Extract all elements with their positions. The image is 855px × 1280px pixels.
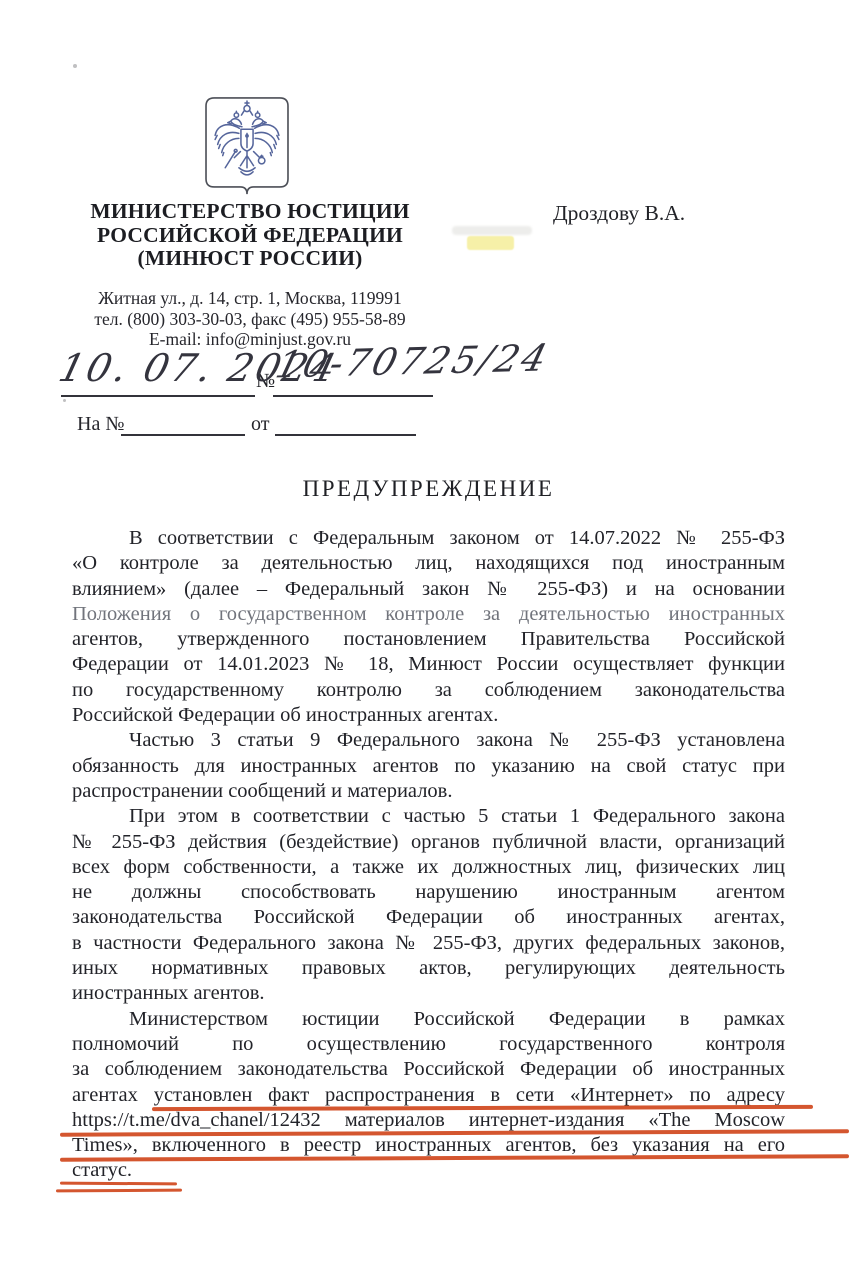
body-line: «О контроле за деятельностью лиц, находя… [72,551,785,576]
line-text: Положения о государственном контроле за … [72,603,785,625]
reply-date-blank [275,434,416,436]
body-line: При этом в соответствии с частью 5 стать… [72,804,785,829]
body-line: В соответствии с Федеральным законом от … [72,526,785,551]
date-underline [61,395,255,397]
reply-date-label: от [251,413,269,436]
body-line: Times», включенного в реестр иностранных… [72,1133,785,1158]
line-text: за соблюдением законодательства Российск… [72,1058,785,1080]
line-text: https://t.me/dva_chanel/12432 материалов… [72,1109,785,1131]
line-text: агентов, утвержденного постановлением Пр… [72,628,785,650]
line-text: агентах [72,1084,138,1106]
line-text: При этом в соответствии с частью 5 стать… [129,805,785,827]
document-page: МИНИСТЕРСТВО ЮСТИЦИИ РОССИЙСКОЙ ФЕДЕРАЦИ… [0,0,855,1280]
yellow-highlight-mark [467,236,514,250]
line-text: иных нормативных правовых актов, регулир… [72,957,785,979]
body-line: агентах установлен факт распространения … [72,1083,785,1108]
body-line: иностранных агентов. [72,981,785,1006]
reply-number-blank [121,434,245,436]
line-text: всех форм собственности, а также их долж… [72,856,785,878]
recipient-name: Дроздову В.А. [553,201,685,226]
scan-speck [73,64,77,68]
body-line: статус. [72,1158,785,1183]
body-line: Федерации от 14.01.2023 № 18, Минюст Рос… [72,652,785,677]
line-text: Министерством юстиции Российской Федерац… [129,1008,785,1030]
org-name-line: МИНИСТЕРСТВО ЮСТИЦИИ [75,200,425,224]
body-line: законодательства Российской Федерации об… [72,905,785,930]
address-line: Житная ул., д. 14, стр. 1, Москва, 11999… [75,288,425,309]
line-text: распространении сообщений и материалов. [72,780,452,802]
smudge-mark [452,226,532,235]
body-line: иных нормативных правовых актов, регулир… [72,956,785,981]
address-line: тел. (800) 303-30-03, факс (495) 955-58-… [75,309,425,330]
line-text: в частности Федерального закона № 255-ФЗ… [72,932,785,954]
body-line: обязанность для иностранных агентов по у… [72,754,785,779]
line-text: не должны способствовать нарушению иност… [72,881,785,903]
org-name-line: РОССИЙСКОЙ ФЕДЕРАЦИИ [75,224,425,248]
line-text: Федерации от 14.01.2023 № 18, Минюст Рос… [72,653,785,675]
org-name: МИНИСТЕРСТВО ЮСТИЦИИ РОССИЙСКОЙ ФЕДЕРАЦИ… [75,200,425,271]
body-line: Положения о государственном контроле за … [72,602,785,627]
line-text: Times», включенного в реестр иностранных… [72,1134,785,1156]
line-text: полномочий по осуществлению государствен… [72,1033,785,1055]
body-line: № 255-ФЗ действия (бездействие) органов … [72,830,785,855]
line-text: Российской Федерации об иностранных аген… [72,704,498,726]
body-line: всех форм собственности, а также их долж… [72,855,785,880]
body-line: полномочий по осуществлению государствен… [72,1032,785,1057]
document-title: ПРЕДУПРЕЖДЕНИЕ [72,476,785,502]
line-text: № 255-ФЗ действия (бездействие) органов … [72,831,785,853]
body-line: агентов, утвержденного постановлением Пр… [72,627,785,652]
handwritten-outgoing-number: 10-70725/24 [271,336,554,386]
body-line: Частью 3 статьи 9 Федерального закона № … [72,728,785,753]
body-line: Российской Федерации об иностранных аген… [72,703,785,728]
scan-speck [63,399,66,402]
line-text: В соответствии с Федеральным законом от … [129,527,785,549]
document-body: В соответствии с Федеральным законом от … [72,526,785,1184]
line-text: «О контроле за деятельностью лиц, находя… [72,552,785,574]
line-text: обязанность для иностранных агентов по у… [72,755,785,777]
line-text: по государственному контролю за соблюден… [72,679,785,701]
line-text: влиянием» (далее – Федеральный закон № 2… [72,578,785,600]
body-line: влиянием» (далее – Федеральный закон № 2… [72,577,785,602]
body-line: https://t.me/dva_chanel/12432 материалов… [72,1108,785,1133]
line-text: иностранных агентов. [72,982,265,1004]
number-underline [273,395,433,397]
body-line: распространении сообщений и материалов. [72,779,785,804]
org-name-line: (МИНЮСТ РОССИИ) [75,247,425,271]
body-line: в частности Федерального закона № 255-ФЗ… [72,931,785,956]
red-underlined-text: установлен факт распространения в сети «… [154,1084,785,1106]
line-text: Частью 3 статьи 9 Федерального закона № … [129,729,785,751]
body-line: за соблюдением законодательства Российск… [72,1057,785,1082]
body-line: не должны способствовать нарушению иност… [72,880,785,905]
line-text: законодательства Российской Федерации об… [72,906,785,928]
red-double-underlined-text: статус. [72,1159,132,1181]
body-line: Министерством юстиции Российской Федерац… [72,1007,785,1032]
reply-number-label: На № [77,413,124,436]
body-line: по государственному контролю за соблюден… [72,678,785,703]
coat-of-arms-icon [205,96,289,197]
